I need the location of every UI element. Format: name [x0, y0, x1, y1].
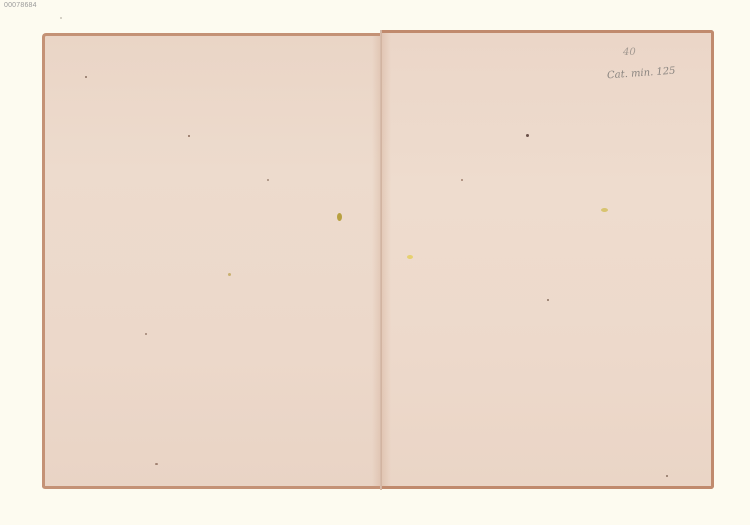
book-spine [380, 30, 382, 490]
stain-spot [666, 475, 668, 477]
stain-spot [85, 76, 87, 78]
stain-spot [337, 213, 342, 221]
left-page [42, 33, 382, 489]
stain-spot [407, 255, 413, 259]
stain-spot [601, 208, 608, 212]
gutter-shadow [381, 33, 391, 486]
stain-spot [188, 135, 190, 137]
stain-spot [145, 333, 147, 335]
handwritten-catalog-note: Cat. min. 125 [607, 66, 676, 82]
stain-spot [526, 134, 529, 137]
stain-spot [547, 299, 549, 301]
stain-spot [461, 179, 463, 181]
dust-speck [60, 17, 62, 19]
scan-id-label: 00078684 [4, 2, 37, 9]
stain-spot [267, 179, 269, 181]
handwritten-number: 40 [623, 47, 636, 58]
right-page: 40 Cat. min. 125 [381, 30, 714, 489]
stain-spot [155, 463, 158, 465]
stain-spot [228, 273, 231, 276]
